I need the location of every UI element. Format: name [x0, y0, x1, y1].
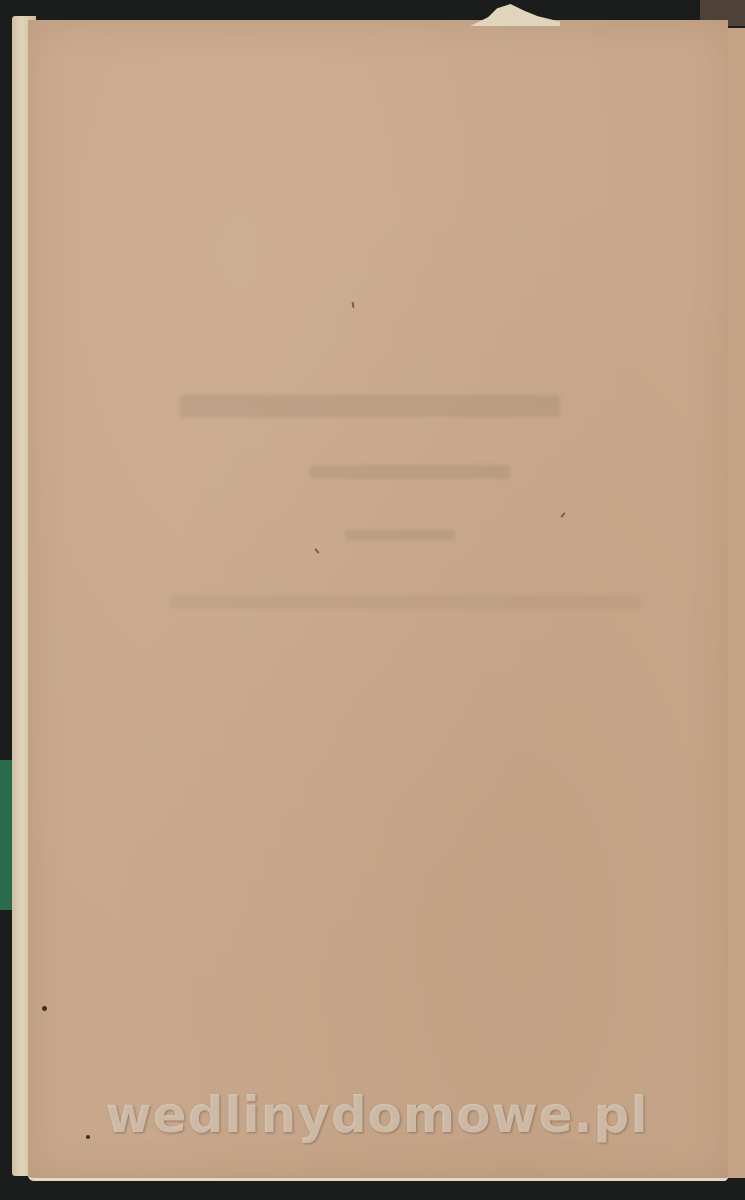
- bleed-through-line: [345, 530, 455, 540]
- watermark: wedlinydomowe.pl: [52, 1086, 702, 1144]
- bleed-through-line: [310, 465, 510, 479]
- bleed-through-line: [170, 595, 640, 609]
- bleed-through-title-line: [180, 395, 560, 417]
- facing-page-edge: [725, 28, 745, 1178]
- torn-paper-edge: [470, 4, 560, 26]
- ink-dot: [42, 1006, 47, 1011]
